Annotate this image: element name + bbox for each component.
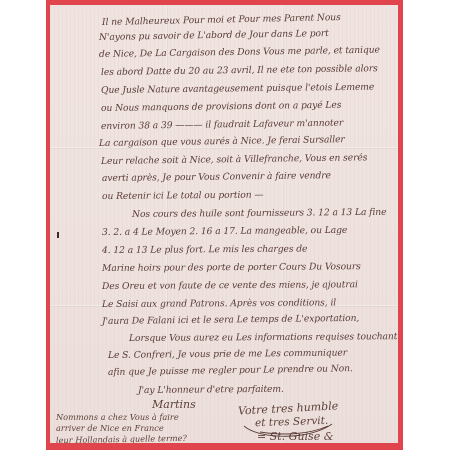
letter-line: ou Retenir ici Le total ou portion —	[102, 190, 264, 202]
letter-line: Que Jusle Nature avantageusement puisque…	[101, 82, 374, 96]
letter-line: 3. 2. a 4 Le Moyen 2. 16 a 17. La mangea…	[102, 225, 347, 238]
letter-line: Il ne Malheureux Pour moi et Pour mes Pa…	[102, 12, 341, 28]
letter-line: averti après, Je pour Vous Convenir à fa…	[102, 170, 331, 184]
letter-line: de Nice, De La Cargaison des Dons Vous m…	[99, 45, 380, 60]
letter-line: Marine hoirs pour des porte de porter Co…	[102, 261, 361, 274]
letter-line: Leur relache soit à Nice, soit à Villefr…	[101, 152, 367, 167]
letter-line: Nos cours des huile sont fournisseurs 3.…	[132, 207, 387, 220]
letter-line: ou Nous manquons de provisions dont on a…	[101, 100, 341, 114]
letter-line: environ 38 a 39 ——— il faudrait Lafaveur…	[101, 118, 343, 132]
letter-page: Il ne Malheureux Pour moi et Pour mes Pa…	[50, 5, 398, 443]
letter-line: Le Saisi aux grand Patrons. Après vos co…	[102, 297, 336, 310]
postscript-line: arriver de Nice en France	[56, 423, 164, 433]
postscript-line: Nommons a chez Vous à faire	[56, 412, 179, 422]
letter-line: les abord Datte du 20 au 23 avril, Il ne…	[101, 63, 378, 78]
letter-line: Lorsque Vous aurez eu Les informations r…	[129, 331, 397, 344]
letter-line: 4. 12 a 13 Le plus fort. Le mis les char…	[102, 244, 307, 256]
ink-blot	[57, 232, 59, 238]
signature-flourish	[240, 418, 340, 443]
postscript-name: Martins	[152, 398, 196, 411]
letter-line: Des Oreu et von faute de ce vente des mi…	[102, 279, 358, 292]
letter-line: J'aura De Falani ici et le sera Le temps…	[102, 313, 359, 327]
letter-line: N'ayons pu savoir de L'abord de Jour dan…	[99, 28, 329, 43]
letter-line: afin que Je puisse me regler pour Le pre…	[108, 363, 353, 378]
postscript-line: leur Hollandais à quelle terme?	[56, 433, 187, 443]
letter-line: Le S. Confreri, Je vous prie de me Les c…	[108, 347, 347, 361]
letter-line: J'ay L'honneur d'etre parfaitem.	[138, 384, 284, 396]
